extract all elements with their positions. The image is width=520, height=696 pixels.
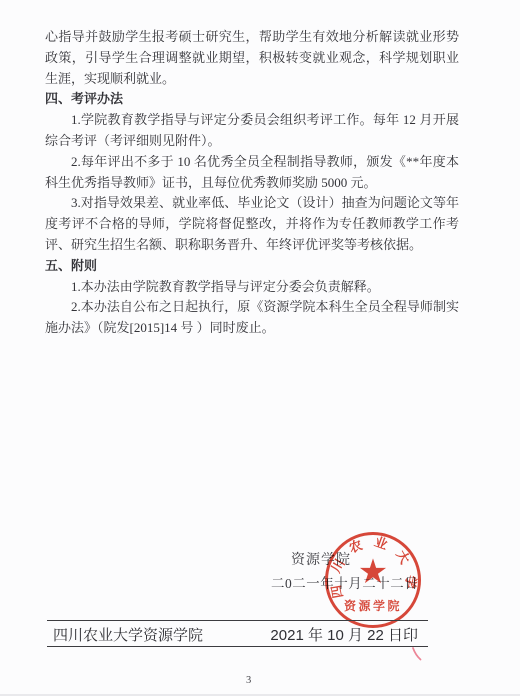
section-heading-4: 四、考评办法: [45, 89, 459, 110]
body-paragraph: 1.学院教育教学指导与评定分委员会组织考评工作。每年 12 月开展综合考评（考评…: [45, 110, 459, 152]
body-paragraph: 3.对指导效果差、就业率低、毕业论文（设计）抽查为问题论文等年度考评不合格的导师…: [45, 193, 459, 255]
issuer-name: 四川农业大学资源学院: [53, 624, 203, 645]
body-paragraph: 2.每年评出不多于 10 名优秀全员全程制指导教师，颁发《**年度本科生优秀指导…: [45, 152, 459, 194]
seal-org-text: 资源学院: [325, 597, 421, 614]
footer-rule-top: [47, 620, 428, 621]
body-paragraph: 2.本办法自公布之日起执行，原《资源学院本科生全员全程导师制实施办法》（院发[2…: [45, 297, 459, 339]
print-date: 2021 年 10 月 22 日印: [270, 624, 418, 645]
check-mark-icon: [410, 646, 424, 668]
document-page: 心指导并鼓励学生报考硕士研究生，帮助学生有效地分析解读就业形势政策，引导学生合理…: [0, 0, 520, 696]
page-number: 3: [246, 675, 251, 686]
official-seal: 四川农业大学 ★ 资源学院: [325, 532, 421, 628]
document-body: 心指导并鼓励学生报考硕士研究生，帮助学生有效地分析解读就业形势政策，引导学生合理…: [45, 27, 459, 339]
body-paragraph: 心指导并鼓励学生报考硕士研究生，帮助学生有效地分析解读就业形势政策，引导学生合理…: [45, 27, 459, 89]
footer-row: 四川农业大学资源学院 2021 年 10 月 22 日印: [47, 624, 428, 645]
seal-star-icon: ★: [325, 556, 421, 590]
footer-rule-bottom: [47, 646, 428, 647]
section-heading-5: 五、附则: [45, 256, 459, 277]
body-paragraph: 1.本办法由学院教育教学指导与评定分委会负责解释。: [45, 277, 459, 298]
